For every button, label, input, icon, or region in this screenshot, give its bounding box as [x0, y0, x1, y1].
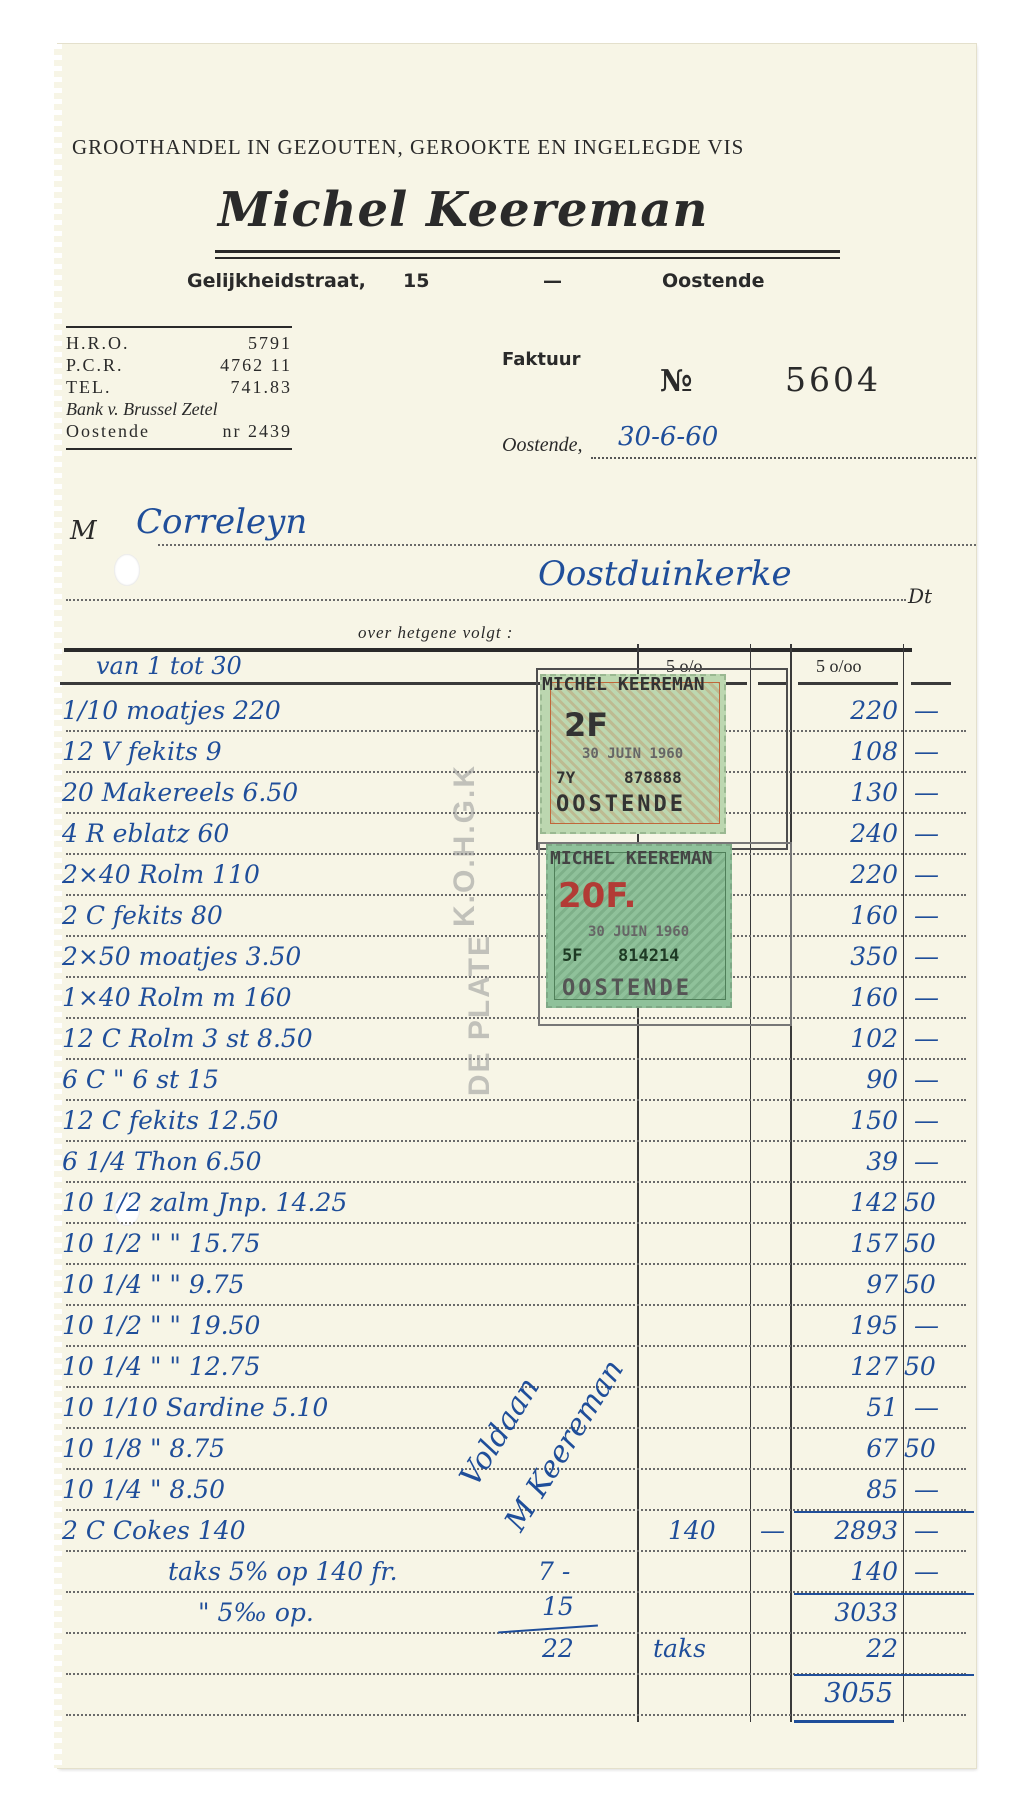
billing-period: van 1 tot 30 [96, 652, 242, 680]
line-item-desc: 12 C Rolm 3 st 8.50 [62, 1024, 313, 1053]
line-item-amount: 102 [768, 1024, 898, 1053]
line-item-amount: 67 [768, 1434, 898, 1463]
line-item-cents: — [914, 1393, 939, 1422]
brand-underline [215, 250, 840, 259]
line-item-cents: — [914, 1065, 939, 1094]
watermark-text: K.O.H.G.K [448, 764, 482, 927]
line-item-cents: — [914, 983, 939, 1012]
invoice-paper: GROOTHANDEL IN GEZOUTEN, GEROOKTE EN ING… [58, 44, 976, 1768]
invoice-title: Faktuur [502, 349, 580, 370]
date-label: Oostende, [502, 434, 583, 457]
line-item-desc: 10 1/4 " " 9.75 [62, 1270, 245, 1299]
stamp-date: 30 JUIN 1960 [582, 746, 683, 762]
grand-total-underline [794, 1720, 894, 1723]
line-item-amount: 195 [768, 1311, 898, 1340]
line-item-amount: 127 [768, 1352, 898, 1381]
line-item-cents: 50 [904, 1352, 936, 1381]
debit-marker: Dt [908, 584, 932, 608]
subtotal-rule [794, 1511, 974, 1513]
customer-name: Correleyn [136, 502, 307, 542]
line-item-cents: — [914, 860, 939, 889]
table-intro: over hetgene volgt : [358, 623, 513, 643]
line-item-amount: 150 [768, 1106, 898, 1135]
grand-total: 3055 [763, 1678, 893, 1709]
line-item-amount: 157 [768, 1229, 898, 1258]
total-rule [794, 1593, 974, 1595]
registration-row: Bank v. Brussel Zetel [66, 398, 292, 420]
registration-block: H.R.O.5791 P.C.R.4762 11 TEL.741.83 Bank… [66, 326, 292, 450]
line-item-amount: 97 [768, 1270, 898, 1299]
stamp-overprint-bottom: OOSTENDE [562, 976, 692, 1001]
line-item-cents: — [914, 737, 939, 766]
punch-hole [114, 554, 140, 586]
line-item-desc: 4 R eblatz 60 [62, 819, 229, 848]
line-item-amount: 39 [768, 1147, 898, 1176]
line-item-cents: 50 [904, 1229, 936, 1258]
line-item-cents: 50 [904, 1434, 936, 1463]
line-item-cents: — [914, 942, 939, 971]
line-item-cents: — [914, 778, 939, 807]
line-item-desc: 10 1/2 " " 15.75 [62, 1229, 260, 1258]
tax-5-percent-value: 7 - [538, 1557, 570, 1586]
stamp-serial: 814214 [618, 946, 679, 966]
line-item-cents: — [914, 1147, 939, 1176]
line-item-desc: 10 1/2 " " 19.50 [62, 1311, 260, 1340]
registration-row: H.R.O.5791 [66, 332, 292, 354]
line-item-desc: 6 C " 6 st 15 [62, 1065, 219, 1094]
stamp-overprint-top: MICHEL KEEREMAN [542, 674, 705, 695]
line-item-desc: 2×40 Rolm 110 [62, 860, 260, 889]
line-item-desc: 10 1/10 Sardine 5.10 [62, 1393, 328, 1422]
line-item-cents: — [914, 1024, 939, 1053]
line-item-cents: — [914, 819, 939, 848]
line-item-desc: 10 1/4 " 8.50 [62, 1475, 225, 1504]
line-item-desc: 2 C Cokes 140 [62, 1516, 246, 1545]
stamp-serial: 878888 [624, 768, 682, 787]
address-number: 15 [403, 270, 429, 292]
subtotal-cents: — [914, 1516, 939, 1545]
subtotal-amount: 2893 [768, 1516, 898, 1545]
stamp-date: 30 JUIN 1960 [588, 924, 689, 940]
fiscal-stamp-20f: MICHEL KEEREMAN 20F. 30 JUIN 1960 5F 814… [546, 844, 732, 1008]
tax-line-5-percent: taks 5% op 140 fr. [168, 1557, 398, 1586]
line-item-desc: 10 1/2 zalm Jnp. 14.25 [62, 1188, 347, 1217]
registration-row: TEL.741.83 [66, 376, 292, 398]
number-sign: № [660, 364, 693, 399]
watermark-text: DE PLATE [463, 934, 497, 1096]
line-item-cents: — [914, 901, 939, 930]
stamp-overprint-bottom: OOSTENDE [556, 792, 686, 817]
line-item-cents: — [914, 696, 939, 725]
tax-sum-value: 22 [542, 1634, 574, 1663]
salutation: M [70, 516, 97, 546]
line-item-desc: 1×40 Rolm m 160 [62, 983, 292, 1012]
line-item-cents: 50 [904, 1270, 936, 1299]
tax-total-amount: 22 [768, 1634, 898, 1663]
stamp-value: 20F. [558, 876, 636, 916]
customer-city: Oostduinkerke [538, 554, 792, 594]
tax-5-permille-value: 15 [542, 1592, 574, 1621]
tax-5-percent-base: 140 [668, 1516, 716, 1545]
invoice-number: 5604 [785, 360, 881, 399]
registration-row: P.C.R.4762 11 [66, 354, 292, 376]
perforated-edge [54, 44, 62, 1768]
line-item-amount: 85 [768, 1475, 898, 1504]
stamp-serial-prefix: 5F [562, 946, 582, 966]
col-header-5-permille: 5 o/oo [816, 656, 862, 677]
tax-label: taks [653, 1634, 706, 1663]
line-item-amount: 51 [768, 1393, 898, 1422]
company-tagline: GROOTHANDEL IN GEZOUTEN, GEROOKTE EN ING… [72, 135, 952, 160]
line-item-cents: — [914, 1106, 939, 1135]
stamp-value: 2F [564, 706, 608, 744]
line-item-amount: 142 [768, 1188, 898, 1217]
stamp-overprint-top: MICHEL KEEREMAN [550, 848, 713, 869]
address-dash: — [543, 270, 562, 292]
customer-city-line [66, 599, 906, 601]
header-rule [798, 682, 898, 685]
column-divider [903, 644, 904, 1722]
line-item-desc: 10 1/4 " " 12.75 [62, 1352, 260, 1381]
line-item-desc: 12 C fekits 12.50 [62, 1106, 278, 1135]
customer-name-line [158, 544, 976, 546]
tax-5-percent-cents: — [760, 1516, 785, 1545]
header-rule [911, 682, 951, 685]
line-item-desc: 6 1/4 Thon 6.50 [62, 1147, 262, 1176]
date-dotted-line [591, 457, 976, 459]
invoice-date: 30-6-60 [618, 422, 718, 452]
fiscal-stamp-2f: MICHEL KEEREMAN 2F 30 JUIN 1960 7Y 87888… [540, 674, 726, 834]
line-item-cents: — [914, 1475, 939, 1504]
tax-line-5-permille: " 5‰ op. [198, 1598, 314, 1627]
stamp-serial-prefix: 7Y [556, 768, 575, 787]
line-item-desc: 2×50 moatjes 3.50 [62, 942, 301, 971]
grand-total-rule [794, 1674, 974, 1676]
line-item-desc: 12 V fekits 9 [62, 737, 222, 766]
registration-row: Oostendenr 2439 [66, 420, 292, 442]
line-item-amount: 90 [768, 1065, 898, 1094]
tax-carry-amount: 140 [768, 1557, 898, 1586]
line-item-cents: — [914, 1311, 939, 1340]
tax-carry-cents: — [914, 1557, 939, 1586]
address-street: Gelijkheidstraat, [187, 270, 366, 292]
company-name: Michel Keereman [218, 182, 708, 238]
line-item-cents: 50 [904, 1188, 936, 1217]
address-city: Oostende [662, 270, 765, 292]
line-item-desc: 10 1/8 " 8.75 [62, 1434, 225, 1463]
line-item-desc: 20 Makereels 6.50 [62, 778, 298, 807]
total-before-tax: 3033 [768, 1598, 898, 1627]
line-item-desc: 1/10 moatjes 220 [62, 696, 281, 725]
line-item-desc: 2 C fekits 80 [62, 901, 223, 930]
